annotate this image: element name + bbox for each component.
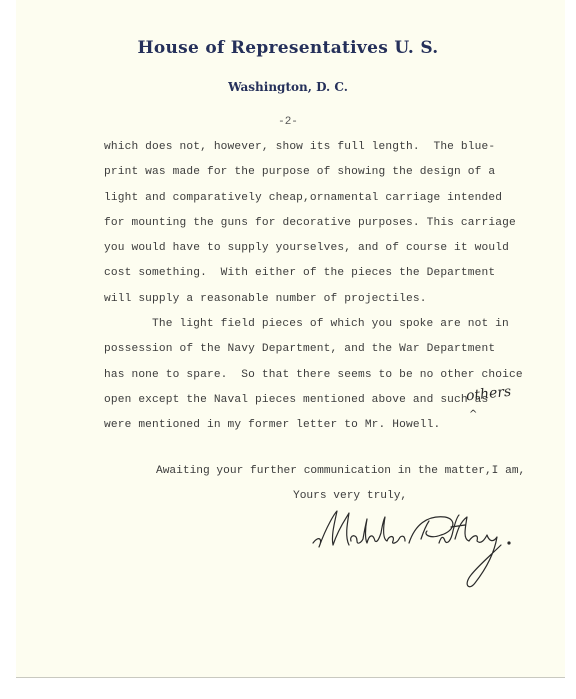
letterhead-title: House of Representatives U. S. — [0, 38, 576, 58]
body-line: print was made for the purpose of showin… — [104, 164, 523, 189]
letter-body: which does not, however, show its full l… — [104, 139, 523, 443]
closing-line: Awaiting your further communication in t… — [156, 465, 525, 477]
body-line: cost something. With either of the piece… — [104, 265, 523, 290]
body-line: light and comparatively cheap,ornamental… — [104, 190, 523, 215]
signature-icon: Mahlon Pitney. — [305, 505, 555, 595]
body-line: for mounting the guns for decorative pur… — [104, 215, 523, 240]
body-line: open except the Naval pieces mentioned a… — [104, 392, 523, 417]
body-line: were mentioned in my former letter to Mr… — [104, 417, 523, 442]
salutation: Yours very truly, — [293, 490, 407, 502]
body-line: you would have to supply yourselves, and… — [104, 240, 523, 265]
body-line-paragraph-start: The light field pieces of which you spok… — [104, 316, 523, 341]
body-line: which does not, however, show its full l… — [104, 139, 523, 164]
body-line: possession of the Navy Department, and t… — [104, 341, 523, 366]
handwritten-signature: Mahlon Pitney. — [305, 505, 555, 595]
letterhead-city: Washington, D. C. — [0, 80, 576, 94]
body-line: has none to spare. So that there seems t… — [104, 367, 523, 392]
body-line: will supply a reasonable number of proje… — [104, 291, 523, 316]
page-number: -2- — [0, 116, 576, 128]
insertion-caret: ^ — [469, 409, 477, 420]
